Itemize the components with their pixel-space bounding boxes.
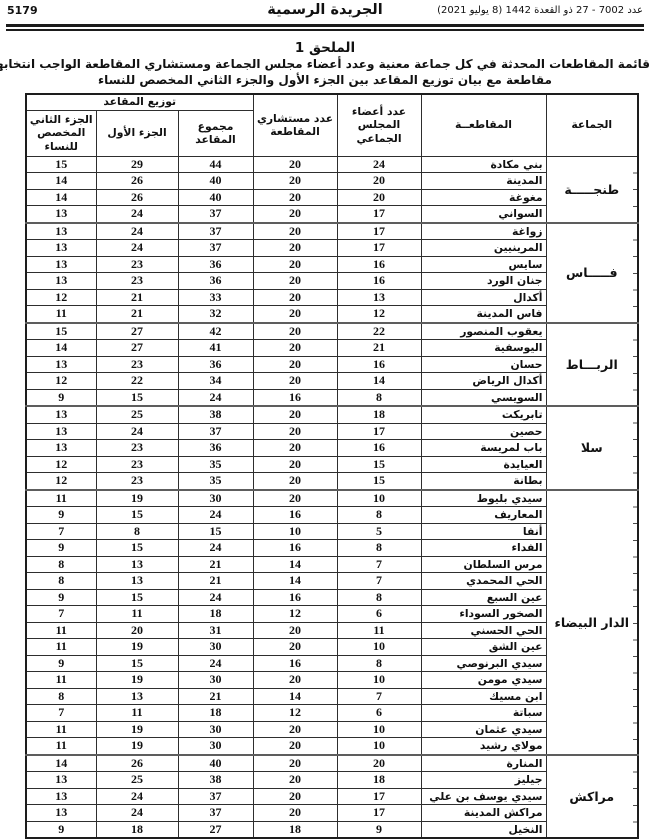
district-councilors-cell: 14 xyxy=(253,688,337,705)
part-one-seats-cell: 13 xyxy=(96,556,178,573)
council-members-cell: 16 xyxy=(337,256,421,273)
district-cell: سيدي بليوط xyxy=(421,490,546,507)
part-one-seats-cell: 27 xyxy=(96,340,178,357)
council-members-cell: 17 xyxy=(337,240,421,257)
part-two-seats-cell: 8 xyxy=(26,573,96,590)
part-one-seats-cell: 23 xyxy=(96,440,178,457)
council-members-cell: 16 xyxy=(337,356,421,373)
district-cell: باب لمريسة xyxy=(421,440,546,457)
header-council-members: عدد أعضاء المجلس الجماعي xyxy=(337,94,421,157)
commune-cell: مراكش xyxy=(546,755,638,839)
part-two-seats-cell: 9 xyxy=(26,589,96,606)
council-members-cell: 7 xyxy=(337,556,421,573)
district-cell: زواغة xyxy=(421,223,546,240)
council-members-cell: 20 xyxy=(337,173,421,190)
part-two-seats-cell: 13 xyxy=(26,423,96,440)
district-councilors-cell: 20 xyxy=(253,273,337,290)
district-cell: أكدال xyxy=(421,289,546,306)
district-cell: المرينيين xyxy=(421,240,546,257)
district-cell: جنان الورد xyxy=(421,273,546,290)
council-members-cell: 15 xyxy=(337,473,421,490)
total-seats-cell: 35 xyxy=(178,473,253,490)
council-members-cell: 18 xyxy=(337,406,421,423)
districts-table: الجماعة المقاطعــة عدد أعضاء المجلس الجم… xyxy=(25,93,639,839)
part-one-seats-cell: 29 xyxy=(96,156,178,173)
header-total-seats: مجموع المقاعد xyxy=(178,110,253,156)
council-members-cell: 8 xyxy=(337,389,421,406)
part-one-seats-cell: 13 xyxy=(96,688,178,705)
total-seats-cell: 38 xyxy=(178,406,253,423)
commune-cell: الربـــاط xyxy=(546,323,638,407)
district-cell: مغوغة xyxy=(421,189,546,206)
part-one-seats-cell: 18 xyxy=(96,821,178,838)
district-councilors-cell: 20 xyxy=(253,189,337,206)
council-members-cell: 16 xyxy=(337,273,421,290)
part-two-seats-cell: 14 xyxy=(26,173,96,190)
district-councilors-cell: 20 xyxy=(253,639,337,656)
district-councilors-cell: 20 xyxy=(253,473,337,490)
part-one-seats-cell: 24 xyxy=(96,788,178,805)
total-seats-cell: 37 xyxy=(178,223,253,240)
part-two-seats-cell: 13 xyxy=(26,406,96,423)
district-cell: يعقوب المنصور xyxy=(421,323,546,340)
part-one-seats-cell: 23 xyxy=(96,473,178,490)
part-two-seats-cell: 8 xyxy=(26,556,96,573)
table-header: الجماعة المقاطعــة عدد أعضاء المجلس الجم… xyxy=(26,94,638,157)
total-seats-cell: 30 xyxy=(178,639,253,656)
part-one-seats-cell: 11 xyxy=(96,606,178,623)
part-two-seats-cell: 13 xyxy=(26,356,96,373)
council-members-cell: 6 xyxy=(337,705,421,722)
district-cell: مولاي رشيد xyxy=(421,738,546,755)
council-members-cell: 17 xyxy=(337,223,421,240)
district-cell: مرس السلطان xyxy=(421,556,546,573)
district-councilors-cell: 20 xyxy=(253,373,337,390)
council-members-cell: 20 xyxy=(337,189,421,206)
council-members-cell: 10 xyxy=(337,639,421,656)
council-members-cell: 10 xyxy=(337,738,421,755)
total-seats-cell: 24 xyxy=(178,655,253,672)
total-seats-cell: 34 xyxy=(178,373,253,390)
part-one-seats-cell: 19 xyxy=(96,738,178,755)
district-cell: الصخور السوداء xyxy=(421,606,546,623)
part-two-seats-cell: 11 xyxy=(26,721,96,738)
council-members-cell: 17 xyxy=(337,423,421,440)
part-one-seats-cell: 25 xyxy=(96,406,178,423)
district-cell: أكدال الرياض xyxy=(421,373,546,390)
district-councilors-cell: 20 xyxy=(253,156,337,173)
header-district-councilors: عدد مستشاري المقاطعة xyxy=(253,94,337,157)
part-two-seats-cell: 9 xyxy=(26,821,96,838)
commune-cell: طنجـــــة xyxy=(546,156,638,223)
part-one-seats-cell: 23 xyxy=(96,356,178,373)
part-one-seats-cell: 24 xyxy=(96,206,178,223)
part-one-seats-cell: 15 xyxy=(96,540,178,557)
council-members-cell: 11 xyxy=(337,622,421,639)
header-commune: الجماعة xyxy=(546,94,638,157)
part-two-seats-cell: 14 xyxy=(26,340,96,357)
district-cell: المنارة xyxy=(421,755,546,772)
part-one-seats-cell: 19 xyxy=(96,672,178,689)
council-members-cell: 8 xyxy=(337,507,421,524)
council-members-cell: 16 xyxy=(337,440,421,457)
table-row: طنجـــــةبني مكادة2420442915 xyxy=(26,156,638,173)
council-members-cell: 17 xyxy=(337,788,421,805)
part-two-seats-cell: 13 xyxy=(26,256,96,273)
table-body: طنجـــــةبني مكادة2420442915المدينة20204… xyxy=(26,156,638,838)
total-seats-cell: 31 xyxy=(178,622,253,639)
part-two-seats-cell: 15 xyxy=(26,156,96,173)
district-councilors-cell: 20 xyxy=(253,323,337,340)
council-members-cell: 8 xyxy=(337,540,421,557)
total-seats-cell: 38 xyxy=(178,772,253,789)
district-cell: سيدي البرنوصي xyxy=(421,655,546,672)
district-councilors-cell: 20 xyxy=(253,256,337,273)
total-seats-cell: 24 xyxy=(178,507,253,524)
district-councilors-cell: 16 xyxy=(253,589,337,606)
total-seats-cell: 27 xyxy=(178,821,253,838)
council-members-cell: 6 xyxy=(337,606,421,623)
total-seats-cell: 30 xyxy=(178,721,253,738)
council-members-cell: 8 xyxy=(337,655,421,672)
total-seats-cell: 36 xyxy=(178,256,253,273)
part-one-seats-cell: 13 xyxy=(96,573,178,590)
district-cell: العيايدة xyxy=(421,456,546,473)
district-councilors-cell: 20 xyxy=(253,289,337,306)
district-cell: السواني xyxy=(421,206,546,223)
district-councilors-cell: 20 xyxy=(253,672,337,689)
part-one-seats-cell: 24 xyxy=(96,805,178,822)
district-cell: فاس المدينة xyxy=(421,306,546,323)
district-councilors-cell: 20 xyxy=(253,721,337,738)
total-seats-cell: 36 xyxy=(178,273,253,290)
district-councilors-cell: 16 xyxy=(253,540,337,557)
district-cell: سباتة xyxy=(421,705,546,722)
total-seats-cell: 41 xyxy=(178,340,253,357)
part-two-seats-cell: 8 xyxy=(26,688,96,705)
total-seats-cell: 24 xyxy=(178,389,253,406)
district-cell: بطانة xyxy=(421,473,546,490)
commune-cell: الدار البيضاء xyxy=(546,490,638,755)
total-seats-cell: 30 xyxy=(178,490,253,507)
part-one-seats-cell: 21 xyxy=(96,289,178,306)
part-one-seats-cell: 26 xyxy=(96,755,178,772)
total-seats-cell: 40 xyxy=(178,189,253,206)
total-seats-cell: 42 xyxy=(178,323,253,340)
district-councilors-cell: 20 xyxy=(253,406,337,423)
district-cell: أنفا xyxy=(421,523,546,540)
total-seats-cell: 21 xyxy=(178,688,253,705)
part-two-seats-cell: 13 xyxy=(26,206,96,223)
district-cell: المدينة xyxy=(421,173,546,190)
part-one-seats-cell: 19 xyxy=(96,721,178,738)
part-two-seats-cell: 12 xyxy=(26,473,96,490)
district-councilors-cell: 20 xyxy=(253,173,337,190)
total-seats-cell: 33 xyxy=(178,289,253,306)
district-cell: الفداء xyxy=(421,540,546,557)
part-one-seats-cell: 24 xyxy=(96,423,178,440)
district-cell: المعاريف xyxy=(421,507,546,524)
part-two-seats-cell: 12 xyxy=(26,456,96,473)
header-district: المقاطعــة xyxy=(421,94,546,157)
total-seats-cell: 24 xyxy=(178,589,253,606)
district-councilors-cell: 20 xyxy=(253,755,337,772)
total-seats-cell: 24 xyxy=(178,540,253,557)
district-councilors-cell: 20 xyxy=(253,356,337,373)
council-members-cell: 8 xyxy=(337,589,421,606)
part-two-seats-cell: 15 xyxy=(26,323,96,340)
part-one-seats-cell: 23 xyxy=(96,256,178,273)
total-seats-cell: 32 xyxy=(178,306,253,323)
table-row: الربـــاطيعقوب المنصور2220422715 xyxy=(26,323,638,340)
part-two-seats-cell: 7 xyxy=(26,606,96,623)
district-cell: الحي المحمدي xyxy=(421,573,546,590)
double-rule-divider xyxy=(6,24,644,31)
part-two-seats-cell: 14 xyxy=(26,189,96,206)
district-councilors-cell: 16 xyxy=(253,389,337,406)
total-seats-cell: 37 xyxy=(178,240,253,257)
part-one-seats-cell: 15 xyxy=(96,507,178,524)
total-seats-cell: 37 xyxy=(178,423,253,440)
part-two-seats-cell: 13 xyxy=(26,805,96,822)
council-members-cell: 7 xyxy=(337,688,421,705)
total-seats-cell: 18 xyxy=(178,705,253,722)
part-one-seats-cell: 15 xyxy=(96,389,178,406)
district-councilors-cell: 20 xyxy=(253,805,337,822)
issue-info: عدد 7002 - 27 ذو القعدة 1442 (8 يوليو 20… xyxy=(437,5,643,16)
part-two-seats-cell: 13 xyxy=(26,273,96,290)
page-number: 5179 xyxy=(7,4,38,17)
district-cell: الحي الحسني xyxy=(421,622,546,639)
council-members-cell: 20 xyxy=(337,755,421,772)
district-councilors-cell: 20 xyxy=(253,423,337,440)
district-councilors-cell: 20 xyxy=(253,223,337,240)
district-cell: ابن مسيك xyxy=(421,688,546,705)
district-councilors-cell: 12 xyxy=(253,705,337,722)
district-councilors-cell: 20 xyxy=(253,206,337,223)
total-seats-cell: 40 xyxy=(178,755,253,772)
part-two-seats-cell: 9 xyxy=(26,389,96,406)
district-councilors-cell: 16 xyxy=(253,507,337,524)
district-councilors-cell: 20 xyxy=(253,240,337,257)
part-two-seats-cell: 9 xyxy=(26,655,96,672)
part-two-seats-cell: 7 xyxy=(26,523,96,540)
total-seats-cell: 37 xyxy=(178,206,253,223)
total-seats-cell: 30 xyxy=(178,672,253,689)
district-councilors-cell: 14 xyxy=(253,573,337,590)
district-cell: النخيل xyxy=(421,821,546,838)
total-seats-cell: 40 xyxy=(178,173,253,190)
header-seat-distribution: توزيع المقاعد xyxy=(26,94,253,111)
part-two-seats-cell: 11 xyxy=(26,490,96,507)
part-one-seats-cell: 19 xyxy=(96,490,178,507)
district-cell: اليوسفية xyxy=(421,340,546,357)
part-one-seats-cell: 23 xyxy=(96,273,178,290)
total-seats-cell: 37 xyxy=(178,805,253,822)
part-two-seats-cell: 13 xyxy=(26,772,96,789)
council-members-cell: 9 xyxy=(337,821,421,838)
table-row: مراكشالمنارة2020402614 xyxy=(26,755,638,772)
table-row: سلاتابريكت1820382513 xyxy=(26,406,638,423)
header-row-top: الجماعة المقاطعــة عدد أعضاء المجلس الجم… xyxy=(26,94,638,111)
district-councilors-cell: 20 xyxy=(253,440,337,457)
journal-title: الجريدة الرسمية xyxy=(267,2,382,18)
council-members-cell: 21 xyxy=(337,340,421,357)
total-seats-cell: 35 xyxy=(178,456,253,473)
council-members-cell: 5 xyxy=(337,523,421,540)
part-one-seats-cell: 24 xyxy=(96,240,178,257)
part-one-seats-cell: 21 xyxy=(96,306,178,323)
district-councilors-cell: 20 xyxy=(253,788,337,805)
total-seats-cell: 18 xyxy=(178,606,253,623)
district-cell: جيليز xyxy=(421,772,546,789)
district-cell: حصين xyxy=(421,423,546,440)
part-one-seats-cell: 26 xyxy=(96,173,178,190)
table-row: الدار البيضاءسيدي بليوط1020301911 xyxy=(26,490,638,507)
total-seats-cell: 21 xyxy=(178,556,253,573)
district-councilors-cell: 12 xyxy=(253,606,337,623)
district-councilors-cell: 10 xyxy=(253,523,337,540)
total-seats-cell: 30 xyxy=(178,738,253,755)
part-two-seats-cell: 11 xyxy=(26,639,96,656)
commune-cell: سلا xyxy=(546,406,638,490)
part-one-seats-cell: 25 xyxy=(96,772,178,789)
part-one-seats-cell: 22 xyxy=(96,373,178,390)
district-cell: سيدي يوسف بن علي xyxy=(421,788,546,805)
district-cell: سيدي عثمان xyxy=(421,721,546,738)
council-members-cell: 15 xyxy=(337,456,421,473)
commune-cell: فـــــاس xyxy=(546,223,638,323)
part-one-seats-cell: 26 xyxy=(96,189,178,206)
district-cell: عين السبع xyxy=(421,589,546,606)
part-two-seats-cell: 11 xyxy=(26,622,96,639)
part-two-seats-cell: 9 xyxy=(26,507,96,524)
total-seats-cell: 44 xyxy=(178,156,253,173)
part-two-seats-cell: 12 xyxy=(26,289,96,306)
part-two-seats-cell: 13 xyxy=(26,240,96,257)
council-members-cell: 7 xyxy=(337,573,421,590)
total-seats-cell: 36 xyxy=(178,440,253,457)
part-two-seats-cell: 9 xyxy=(26,540,96,557)
district-councilors-cell: 16 xyxy=(253,655,337,672)
district-councilors-cell: 20 xyxy=(253,490,337,507)
part-one-seats-cell: 8 xyxy=(96,523,178,540)
district-cell: سيدي مومن xyxy=(421,672,546,689)
header-part-two: الجزء الثاني المخصص للنساء xyxy=(26,110,96,156)
council-members-cell: 10 xyxy=(337,672,421,689)
district-cell: السويسي xyxy=(421,389,546,406)
annex-subtitle-line1: قائمة المقاطعات المحدثة في كل جماعة معني… xyxy=(0,56,650,73)
council-members-cell: 17 xyxy=(337,805,421,822)
table-row: فـــــاسزواغة1720372413 xyxy=(26,223,638,240)
council-members-cell: 17 xyxy=(337,206,421,223)
council-members-cell: 12 xyxy=(337,306,421,323)
gazette-page: 5179 الجريدة الرسمية عدد 7002 - 27 ذو ال… xyxy=(0,0,650,839)
part-one-seats-cell: 15 xyxy=(96,655,178,672)
council-members-cell: 24 xyxy=(337,156,421,173)
part-one-seats-cell: 19 xyxy=(96,639,178,656)
district-councilors-cell: 20 xyxy=(253,456,337,473)
part-one-seats-cell: 15 xyxy=(96,589,178,606)
district-councilors-cell: 20 xyxy=(253,738,337,755)
council-members-cell: 14 xyxy=(337,373,421,390)
district-cell: تابريكت xyxy=(421,406,546,423)
part-two-seats-cell: 11 xyxy=(26,738,96,755)
total-seats-cell: 37 xyxy=(178,788,253,805)
part-two-seats-cell: 11 xyxy=(26,672,96,689)
part-two-seats-cell: 13 xyxy=(26,788,96,805)
council-members-cell: 10 xyxy=(337,721,421,738)
district-cell: بني مكادة xyxy=(421,156,546,173)
district-councilors-cell: 20 xyxy=(253,622,337,639)
part-two-seats-cell: 12 xyxy=(26,373,96,390)
part-one-seats-cell: 24 xyxy=(96,223,178,240)
part-two-seats-cell: 7 xyxy=(26,705,96,722)
total-seats-cell: 15 xyxy=(178,523,253,540)
total-seats-cell: 21 xyxy=(178,573,253,590)
district-councilors-cell: 14 xyxy=(253,556,337,573)
part-two-seats-cell: 13 xyxy=(26,440,96,457)
council-members-cell: 10 xyxy=(337,490,421,507)
council-members-cell: 18 xyxy=(337,772,421,789)
part-two-seats-cell: 11 xyxy=(26,306,96,323)
header-part-one: الجزء الأول xyxy=(96,110,178,156)
total-seats-cell: 36 xyxy=(178,356,253,373)
part-two-seats-cell: 14 xyxy=(26,755,96,772)
part-one-seats-cell: 23 xyxy=(96,456,178,473)
part-two-seats-cell: 13 xyxy=(26,223,96,240)
part-one-seats-cell: 27 xyxy=(96,323,178,340)
district-councilors-cell: 20 xyxy=(253,340,337,357)
district-councilors-cell: 18 xyxy=(253,821,337,838)
annex-subtitle-line2: مقاطعة مع بيان توزيع المقاعد بين الجزء ا… xyxy=(0,72,650,89)
annex-title: الملحق 1 xyxy=(0,40,650,56)
part-one-seats-cell: 20 xyxy=(96,622,178,639)
council-members-cell: 13 xyxy=(337,289,421,306)
district-councilors-cell: 20 xyxy=(253,306,337,323)
district-cell: عين الشق xyxy=(421,639,546,656)
council-members-cell: 22 xyxy=(337,323,421,340)
district-councilors-cell: 20 xyxy=(253,772,337,789)
district-cell: مراكش المدينة xyxy=(421,805,546,822)
district-cell: سايس xyxy=(421,256,546,273)
part-one-seats-cell: 11 xyxy=(96,705,178,722)
district-cell: حسان xyxy=(421,356,546,373)
page-top-bar: 5179 الجريدة الرسمية عدد 7002 - 27 ذو ال… xyxy=(0,0,650,21)
